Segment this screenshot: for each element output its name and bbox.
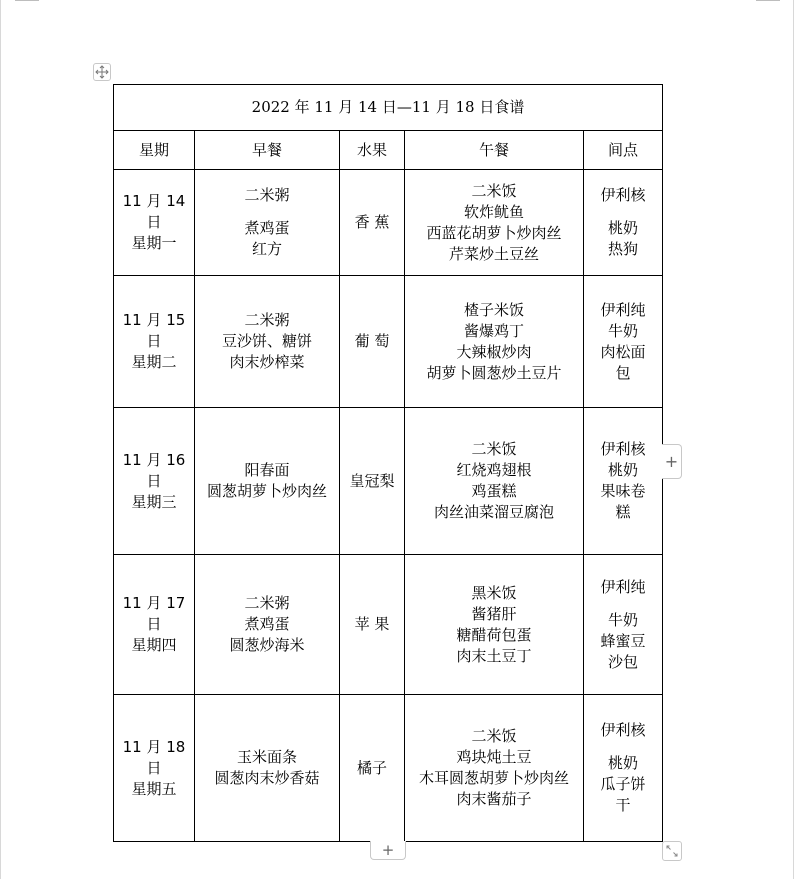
cell-line: 牛奶	[584, 321, 662, 342]
header-row: 星期 早餐 水果 午餐 间点	[114, 131, 663, 170]
cell-line: 11 月 16	[114, 450, 194, 471]
cell-line: 桃奶	[584, 218, 662, 239]
cell-line: 圆葱肉末炒香菇	[195, 768, 339, 789]
table-row: 11 月 18日星期五玉米面条圆葱肉末炒香菇橘子二米饭鸡块炖土豆木耳圆葱胡萝卜炒…	[114, 695, 663, 842]
cell-line: 二米粥	[195, 593, 339, 614]
weekday-cell[interactable]: 11 月 16日星期三	[114, 408, 195, 555]
cell-line: 圆葱胡萝卜炒肉丝	[195, 481, 339, 502]
page-edge-right	[793, 0, 794, 879]
fruit-cell[interactable]: 葡 萄	[340, 276, 405, 408]
lunch-cell[interactable]: 二米饭软炸鱿鱼西蓝花胡萝卜炒肉丝芹菜炒土豆丝	[405, 170, 584, 276]
weekday-cell[interactable]: 11 月 18日星期五	[114, 695, 195, 842]
cell-line: 西蓝花胡萝卜炒肉丝	[405, 223, 583, 244]
cell-line: 肉松面	[584, 342, 662, 363]
cell-line: 11 月 17	[114, 593, 194, 614]
cell-line: 肉末土豆丁	[405, 646, 583, 667]
cell-line: 11 月 18	[114, 737, 194, 758]
snack-cell[interactable]: 伊利纯牛奶肉松面包	[584, 276, 663, 408]
cell-line: 果味卷	[584, 481, 662, 502]
cell-line: 二米粥	[195, 310, 339, 331]
cell-line: 伊利核	[584, 720, 662, 741]
cell-line: 桃奶	[584, 753, 662, 774]
cell-line: 胡萝卜圆葱炒土豆片	[405, 363, 583, 384]
table-row: 11 月 15日星期二二米粥豆沙饼、糖饼肉末炒榨菜葡 萄楂子米饭酱爆鸡丁大辣椒炒…	[114, 276, 663, 408]
cell-line: 桃奶	[584, 460, 662, 481]
snack-cell[interactable]: 伊利核桃奶瓜子饼干	[584, 695, 663, 842]
cell-line: 日	[114, 758, 194, 779]
cell-line: 豆沙饼、糖饼	[195, 331, 339, 352]
cell-line: 圆葱炒海米	[195, 635, 339, 656]
snack-cell[interactable]: 伊利纯牛奶蜂蜜豆沙包	[584, 555, 663, 695]
table-row: 11 月 16日星期三阳春面圆葱胡萝卜炒肉丝皇冠梨二米饭红烧鸡翅根鸡蛋糕肉丝油菜…	[114, 408, 663, 555]
cell-line: 星期一	[114, 233, 194, 254]
lunch-cell[interactable]: 二米饭红烧鸡翅根鸡蛋糕肉丝油菜溜豆腐泡	[405, 408, 584, 555]
blank-line	[195, 206, 339, 218]
cell-line: 星期五	[114, 779, 194, 800]
cell-line: 肉丝油菜溜豆腐泡	[405, 502, 583, 523]
breakfast-cell[interactable]: 二米粥煮鸡蛋圆葱炒海米	[195, 555, 340, 695]
header-lunch[interactable]: 午餐	[405, 131, 584, 170]
cell-line: 阳春面	[195, 460, 339, 481]
cell-line: 芹菜炒土豆丝	[405, 244, 583, 265]
cell-line: 二米饭	[405, 181, 583, 202]
fruit-cell[interactable]: 皇冠梨	[340, 408, 405, 555]
cell-line: 肉末炒榨菜	[195, 352, 339, 373]
cell-line: 糖醋荷包蛋	[405, 625, 583, 646]
cell-line: 黑米饭	[405, 583, 583, 604]
menu-title[interactable]: 2022 年 11 月 14 日—11 月 18 日食谱	[114, 85, 663, 131]
cell-line: 瓜子饼	[584, 774, 662, 795]
fruit-cell[interactable]: 苹 果	[340, 555, 405, 695]
page-edge-left	[0, 0, 1, 879]
breakfast-cell[interactable]: 二米粥豆沙饼、糖饼肉末炒榨菜	[195, 276, 340, 408]
header-weekday[interactable]: 星期	[114, 131, 195, 170]
move-arrows-icon	[95, 65, 109, 79]
weekday-cell[interactable]: 11 月 15日星期二	[114, 276, 195, 408]
lunch-cell[interactable]: 二米饭鸡块炖土豆木耳圆葱胡萝卜炒肉丝肉末酱茄子	[405, 695, 584, 842]
table-row: 11 月 14日星期一二米粥煮鸡蛋红方香 蕉二米饭软炸鱿鱼西蓝花胡萝卜炒肉丝芹菜…	[114, 170, 663, 276]
blank-line	[584, 206, 662, 218]
cell-line: 鸡块炖土豆	[405, 747, 583, 768]
cell-line: 日	[114, 212, 194, 233]
fruit-cell[interactable]: 橘子	[340, 695, 405, 842]
header-breakfast[interactable]: 早餐	[195, 131, 340, 170]
cell-line: 日	[114, 614, 194, 635]
menu-rows: 11 月 14日星期一二米粥煮鸡蛋红方香 蕉二米饭软炸鱿鱼西蓝花胡萝卜炒肉丝芹菜…	[114, 170, 663, 842]
cell-line: 煮鸡蛋	[195, 218, 339, 239]
cell-line: 11 月 14	[114, 191, 194, 212]
snack-cell[interactable]: 伊利核桃奶热狗	[584, 170, 663, 276]
margin-mark-right	[756, 0, 780, 1]
breakfast-cell[interactable]: 玉米面条圆葱肉末炒香菇	[195, 695, 340, 842]
cell-line: 木耳圆葱胡萝卜炒肉丝	[405, 768, 583, 789]
cell-line: 煮鸡蛋	[195, 614, 339, 635]
header-fruit[interactable]: 水果	[340, 131, 405, 170]
cell-line: 伊利核	[584, 185, 662, 206]
cell-line: 日	[114, 471, 194, 492]
cell-line: 包	[584, 363, 662, 384]
cell-line: 酱爆鸡丁	[405, 321, 583, 342]
lunch-cell[interactable]: 黑米饭酱猪肝糖醋荷包蛋肉末土豆丁	[405, 555, 584, 695]
margin-mark-left	[15, 0, 39, 1]
lunch-cell[interactable]: 楂子米饭酱爆鸡丁大辣椒炒肉胡萝卜圆葱炒土豆片	[405, 276, 584, 408]
cell-line: 二米饭	[405, 439, 583, 460]
cell-line: 软炸鱿鱼	[405, 202, 583, 223]
cell-line: 二米粥	[195, 185, 339, 206]
table-move-handle[interactable]	[93, 63, 111, 81]
cell-line: 红方	[195, 239, 339, 260]
blank-line	[584, 741, 662, 753]
breakfast-cell[interactable]: 二米粥煮鸡蛋红方	[195, 170, 340, 276]
cell-line: 鸡蛋糕	[405, 481, 583, 502]
cell-line: 牛奶	[584, 610, 662, 631]
cell-line: 星期三	[114, 492, 194, 513]
cell-line: 红烧鸡翅根	[405, 460, 583, 481]
cell-line: 11 月 15	[114, 310, 194, 331]
fruit-cell[interactable]: 香 蕉	[340, 170, 405, 276]
cell-line: 楂子米饭	[405, 300, 583, 321]
table-resize-handle[interactable]	[662, 841, 682, 861]
snack-cell[interactable]: 伊利核桃奶果味卷糕	[584, 408, 663, 555]
table-row: 11 月 17日星期四二米粥煮鸡蛋圆葱炒海米苹 果黑米饭酱猪肝糖醋荷包蛋肉末土豆…	[114, 555, 663, 695]
cell-line: 糕	[584, 502, 662, 523]
cell-line: 星期四	[114, 635, 194, 656]
blank-line	[584, 598, 662, 610]
cell-line: 伊利纯	[584, 577, 662, 598]
menu-table: 2022 年 11 月 14 日—11 月 18 日食谱 星期 早餐 水果 午餐…	[113, 84, 663, 842]
title-row: 2022 年 11 月 14 日—11 月 18 日食谱	[114, 85, 663, 131]
cell-line: 大辣椒炒肉	[405, 342, 583, 363]
cell-line: 干	[584, 795, 662, 816]
cell-line: 二米饭	[405, 726, 583, 747]
add-column-button[interactable]: +	[662, 444, 682, 479]
cell-line: 星期二	[114, 352, 194, 373]
header-snack[interactable]: 间点	[584, 131, 663, 170]
cell-line: 伊利核	[584, 439, 662, 460]
cell-line: 肉末酱茄子	[405, 789, 583, 810]
weekday-cell[interactable]: 11 月 17日星期四	[114, 555, 195, 695]
add-row-button[interactable]: +	[370, 841, 406, 860]
cell-line: 蜂蜜豆	[584, 631, 662, 652]
weekday-cell[interactable]: 11 月 14日星期一	[114, 170, 195, 276]
resize-diagonal-icon	[666, 845, 678, 857]
cell-line: 伊利纯	[584, 300, 662, 321]
cell-line: 玉米面条	[195, 747, 339, 768]
cell-line: 酱猪肝	[405, 604, 583, 625]
breakfast-cell[interactable]: 阳春面圆葱胡萝卜炒肉丝	[195, 408, 340, 555]
cell-line: 沙包	[584, 652, 662, 673]
cell-line: 日	[114, 331, 194, 352]
cell-line: 热狗	[584, 239, 662, 260]
